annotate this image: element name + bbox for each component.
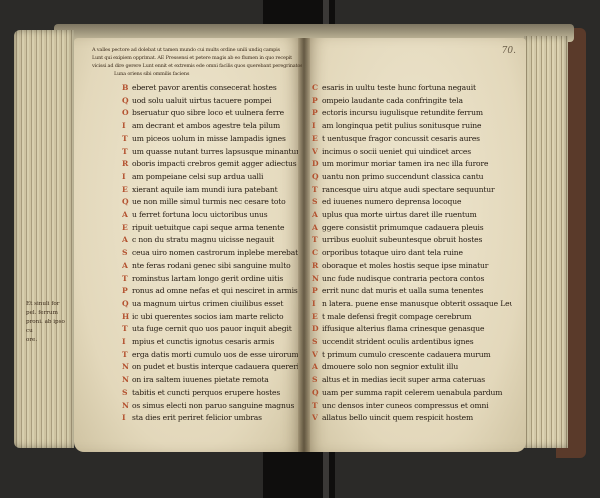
rubric-initial: T (122, 133, 128, 146)
rubric-initial: E (312, 311, 318, 324)
line-text: rancesque uiru atque audi spectare sequu… (322, 185, 494, 194)
rubric-initial: A (122, 234, 128, 247)
text-line: Quod solu ualuit uirtus tacuere pompei (122, 95, 298, 108)
text-line: Stabitis et cuncti perquos erupere hoste… (122, 387, 298, 400)
line-text: ue non mille simul turmis nec cesare tot… (132, 197, 286, 206)
text-line: Sceua uiro nomen castrorum inplebe mereb… (122, 247, 298, 260)
text-line: Au ferret fortuna locu uictoribus unus (122, 209, 298, 222)
line-text: um piceos uolum in misse lampadis ignes (132, 134, 286, 143)
rubric-initial: E (312, 133, 318, 146)
line-text: u ferret fortuna locu uictoribus unus (132, 210, 268, 219)
line-text: ed iuuenes numero deprensa locoque (322, 197, 461, 206)
rubric-initial: I (312, 298, 315, 311)
rubric-initial: C (312, 82, 318, 95)
rubric-initial: Q (122, 95, 128, 108)
rubric-initial: N (312, 273, 319, 286)
text-line: Exierant aquile iam mundi iura patebant (122, 184, 298, 197)
rubric-initial: Q (312, 387, 318, 400)
text-line: Ac non du stratu magnu uicisse negauit (122, 234, 298, 247)
line-text: ripuit uetuitque capi seque arma tenente (132, 223, 284, 232)
line-text: um quasse nutant turres lapsusque minant… (132, 147, 298, 156)
rubric-initial: P (312, 95, 318, 108)
rubric-initial: T (312, 400, 318, 413)
rubric-initial: C (312, 247, 318, 260)
line-text: am decrant et ambos agestre tela pilum (132, 121, 280, 130)
header-line: Lunt qui exipiem opprimat. AE Pressensi … (92, 54, 302, 62)
line-text: rominstus lartam longo gerit ordine uiti… (132, 274, 283, 283)
line-text: uantu non primo succendunt classica cant… (322, 172, 483, 181)
line-text: tabitis et cuncti perquos erupere hostes (132, 388, 280, 397)
line-text: t uentusque fragor concussit cesaris aur… (322, 134, 480, 143)
rubric-initial: T (312, 234, 318, 247)
line-text: sta dies erit periret felicior umbras (132, 413, 262, 422)
text-line: Vt primum cumulo crescente cadauera muru… (312, 349, 512, 362)
rubric-initial: I (122, 412, 125, 425)
line-text: uta fuge cernit quo uos pauor inquit abe… (132, 324, 292, 333)
line-text: uod solu ualuit uirtus tacuere pompei (132, 96, 271, 105)
rubric-initial: V (312, 349, 318, 362)
line-text: am pompeiane celsi sup ardua ualli (132, 172, 263, 181)
rubric-initial: A (312, 361, 318, 374)
left-page-stack (14, 30, 74, 448)
text-line: Nunc fude nudisque contraria pectora con… (312, 273, 512, 286)
rubric-initial: E (122, 222, 128, 235)
rubric-initial: A (312, 209, 318, 222)
rubric-initial: T (122, 323, 128, 336)
rubric-initial: A (122, 260, 128, 273)
line-text: orporibus totaque uiro dant tela ruine (322, 248, 463, 257)
rubric-initial: V (312, 412, 318, 425)
text-line: Pectoris incursu iugulisque retundite fe… (312, 107, 512, 120)
text-line: In latera. puene ense manusque obterit o… (312, 298, 512, 311)
text-line: Et male defensi fregit compage cerebrum (312, 311, 512, 324)
line-text: oboris impacti crebros gemit agger adiec… (132, 159, 296, 168)
rubric-initial: R (312, 260, 318, 273)
header-line: vicissi ad dire gerere Lunt ennit et ext… (92, 62, 302, 70)
line-text: t male defensi fregit compage cerebrum (322, 312, 471, 321)
rubric-initial: I (122, 120, 125, 133)
line-text: bseruatur quo sibre loco et uulnera ferr… (132, 108, 284, 117)
rubric-initial: N (122, 400, 129, 413)
rubric-initial: N (122, 374, 129, 387)
text-line: Et uentusque fragor concussit cesaris au… (312, 133, 512, 146)
text-line: Tunc densos inter cuneos compressus et o… (312, 400, 512, 413)
folio-number: 70. (502, 46, 516, 56)
text-line: Iam pompeiane celsi sup ardua ualli (122, 171, 298, 184)
text-line: Roboraque et moles hostis seque ipse min… (312, 260, 512, 273)
text-line: Trominstus lartam longo gerit ordine uit… (122, 273, 298, 286)
line-text: t primum cumulo crescente cadauera murum (322, 350, 491, 359)
rubric-initial: Q (122, 298, 128, 311)
line-text: uam per summa rapit celerem uenabula par… (322, 388, 502, 397)
text-line: Eripuit uetuitque capi seque arma tenent… (122, 222, 298, 235)
rubric-initial: B (122, 82, 128, 95)
text-line: Vincimus o socii ueniet qui uindicet arc… (312, 146, 512, 159)
text-line: Roboris impacti crebros gemit agger adie… (122, 158, 298, 171)
line-text: ceua uiro nomen castrorum inplebe mereba… (132, 248, 298, 257)
text-line: Trancesque uiru atque audi spectare sequ… (312, 184, 512, 197)
rubric-initial: P (122, 285, 128, 298)
line-text: ronus ad omne nefas et qui nesciret in a… (132, 286, 298, 295)
gloss-line: ore. (26, 336, 72, 345)
left-page: A valles pectore ad dolebat ut tamen mun… (74, 38, 304, 452)
rubric-initial: I (122, 171, 125, 184)
line-text: os simus electi non paruo sanguine magnu… (132, 401, 294, 410)
text-line: Cesaris in uultu teste hunc fortuna nega… (312, 82, 512, 95)
line-text: errit nunc dat muris et ualla suma tenen… (322, 286, 483, 295)
rubric-initial: T (122, 349, 128, 362)
header-notes: A valles pectore ad dolebat ut tamen mun… (92, 46, 302, 78)
rubric-initial: I (122, 336, 125, 349)
rubric-initial: S (312, 196, 317, 209)
line-text: nte feras rodani genec sibi sanguine mul… (132, 261, 291, 270)
text-line: Quantu non primo succendunt classica can… (312, 171, 512, 184)
line-text: allatus bello uincit quem respicit hoste… (322, 413, 473, 422)
line-text: on ira saltem iuuenes pietate remota (132, 375, 269, 384)
text-line: Nos simus electi non paruo sanguine magn… (122, 400, 298, 413)
line-text: unc fude nudisque contraria pectora cont… (322, 274, 484, 283)
left-text-block: Beberet pavor arentis consecerat hostesQ… (122, 82, 298, 425)
text-line: Turribus euoluit subeuntesque obruit hos… (312, 234, 512, 247)
rubric-initial: N (122, 361, 129, 374)
line-text: dmouere solo non segnior extulit illu (322, 362, 458, 371)
rubric-initial: Q (312, 171, 318, 184)
rubric-initial: D (312, 323, 318, 336)
line-text: erga datis morti cumulo uos de esse uiro… (132, 350, 298, 359)
text-line: Saltus et in medias iecit super arma cat… (312, 374, 512, 387)
right-page-stack (524, 36, 568, 448)
text-line: Ante feras rodani genec sibi sanguine mu… (122, 260, 298, 273)
line-text: ectoris incursu iugulisque retundite fer… (322, 108, 483, 117)
marginal-gloss: Et sinuli for pel. ferrum proni. ab ipso… (26, 300, 72, 345)
text-line: Sed iuuenes numero deprensa locoque (312, 196, 512, 209)
text-line: Pronus ad omne nefas et qui nesciret in … (122, 285, 298, 298)
rubric-initial: P (312, 107, 318, 120)
gloss-line: pel. ferrum (26, 309, 72, 318)
line-text: ic ubi querentes socios iam marte relict… (132, 312, 283, 321)
gutter (298, 38, 310, 452)
line-text: xierant aquile iam mundi iura patebant (132, 185, 277, 194)
line-text: altus et in medias iecit super arma cate… (322, 375, 485, 384)
line-text: incimus o socii ueniet qui uindicet arce… (322, 147, 471, 156)
rubric-initial: T (312, 184, 318, 197)
line-text: um morimur moriar tamen ira nec illa fur… (322, 159, 488, 168)
right-page: 70. Cesaris in uultu teste hunc fortuna … (304, 38, 526, 452)
text-line: Corporibus totaque uiro dant tela ruine (312, 247, 512, 260)
line-text: ggere consistit primumque cadauera pleui… (322, 223, 483, 232)
text-line: Non pudet et bustis interque cadauera qu… (122, 361, 298, 374)
line-text: n latera. puene ense manusque obterit os… (322, 299, 512, 308)
text-line: Ista dies erit periret felicior umbras (122, 412, 298, 425)
line-text: uccendit strident oculis ardentibus igne… (322, 337, 474, 346)
line-text: ua magnum uirtus crimen ciuilibus esset (132, 299, 283, 308)
rubric-initial: D (312, 158, 318, 171)
open-manuscript: A valles pectore ad dolebat ut tamen mun… (14, 24, 586, 470)
text-line: Aggere consistit primumque cadauera pleu… (312, 222, 512, 235)
text-line: Perrit nunc dat muris et ualla suma tene… (312, 285, 512, 298)
rubric-initial: S (122, 247, 127, 260)
rubric-initial: O (122, 107, 128, 120)
text-line: Tuta fuge cernit quo uos pauor inquit ab… (122, 323, 298, 336)
gloss-line: proni. ab ipso cu (26, 318, 72, 336)
rubric-initial: H (122, 311, 129, 324)
text-line: Diffusique alterius flama crinesque gena… (312, 323, 512, 336)
line-text: urribus euoluit subeuntesque obruit host… (322, 235, 482, 244)
right-text-block: Cesaris in uultu teste hunc fortuna nega… (312, 82, 512, 425)
text-line: Iam decrant et ambos agestre tela pilum (122, 120, 298, 133)
line-text: unc densos inter cuneos compressus et om… (322, 401, 489, 410)
rubric-initial: T (122, 146, 128, 159)
text-line: Succendit strident oculis ardentibus ign… (312, 336, 512, 349)
line-text: uplus qua morte uirtus daret ille ruentu… (322, 210, 477, 219)
line-text: eberet pavor arentis consecerat hostes (132, 83, 277, 92)
rubric-initial: S (312, 336, 317, 349)
text-line: Obseruatur quo sibre loco et uulnera fer… (122, 107, 298, 120)
text-line: Auplus qua morte uirtus daret ille ruent… (312, 209, 512, 222)
text-line: Vallatus bello uincit quem respicit host… (312, 412, 512, 425)
text-line: Dum morimur moriar tamen ira nec illa fu… (312, 158, 512, 171)
line-text: esaris in uultu teste hunc fortuna negau… (322, 83, 476, 92)
gloss-line: Et sinuli for (26, 300, 72, 309)
text-line: Tum quasse nutant turres lapsusque minan… (122, 146, 298, 159)
text-line: Que non mille simul turmis nec cesare to… (122, 196, 298, 209)
text-line: Impius et cunctis ignotus cesaris armis (122, 336, 298, 349)
rubric-initial: S (122, 387, 127, 400)
line-text: ompeio laudante cada confringite tela (322, 96, 463, 105)
line-text: on pudet et bustis interque cadauera que… (132, 362, 298, 371)
header-line: A valles pectore ad dolebat ut tamen mun… (92, 46, 302, 54)
line-text: am longinqua petit pulius sonitusque rui… (322, 121, 481, 130)
text-line: Non ira saltem iuuenes pietate remota (122, 374, 298, 387)
text-line: Quam per summa rapit celerem uenabula pa… (312, 387, 512, 400)
rubric-initial: S (312, 374, 317, 387)
rubric-initial: Q (122, 196, 128, 209)
text-line: Admouere solo non segnior extulit illu (312, 361, 512, 374)
line-text: mpius et cunctis ignotus cesaris armis (132, 337, 274, 346)
rubric-initial: I (312, 120, 315, 133)
rubric-initial: A (122, 209, 128, 222)
line-text: iffusique alterius flama crinesque genas… (322, 324, 484, 333)
text-line: Tum piceos uolum in misse lampadis ignes (122, 133, 298, 146)
text-line: Iam longinqua petit pulius sonitusque ru… (312, 120, 512, 133)
text-line: Terga datis morti cumulo uos de esse uir… (122, 349, 298, 362)
rubric-initial: P (312, 285, 318, 298)
text-line: Hic ubi querentes socios iam marte relic… (122, 311, 298, 324)
rubric-initial: V (312, 146, 318, 159)
line-text: c non du stratu magnu uicisse negauit (132, 235, 274, 244)
line-text: oboraque et moles hostis seque ipse mina… (322, 261, 488, 270)
rubric-initial: R (122, 158, 128, 171)
text-line: Beberet pavor arentis consecerat hostes (122, 82, 298, 95)
header-line: Luna oriens sibi ommilis faciens (92, 70, 302, 78)
text-line: Pompeio laudante cada confringite tela (312, 95, 512, 108)
rubric-initial: T (122, 273, 128, 286)
text-line: Qua magnum uirtus crimen ciuilibus esset (122, 298, 298, 311)
rubric-initial: E (122, 184, 128, 197)
rubric-initial: A (312, 222, 318, 235)
